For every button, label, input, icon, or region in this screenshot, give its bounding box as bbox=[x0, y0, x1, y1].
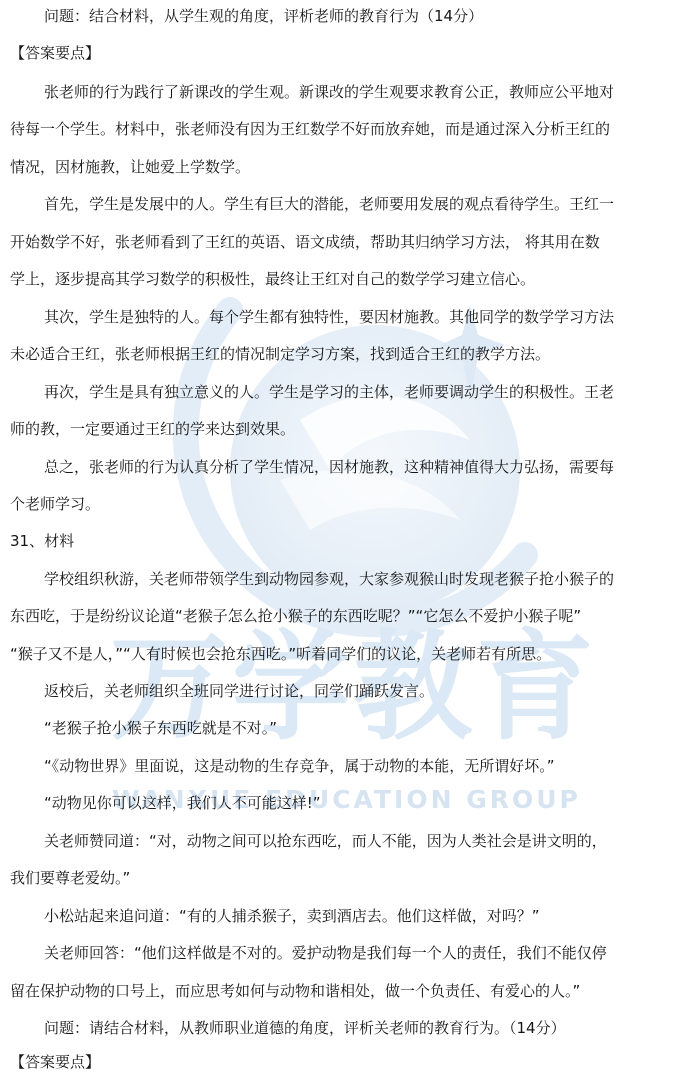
paragraph-line: 学上，逐步提高其学习数学的积极性，最终让王红对自己的数学学习建立信心。 bbox=[10, 269, 535, 289]
paragraph-line: 关老师赞同道：“对，动物之间可以抢东西吃，而人不能，因为人类社会是讲文明的， bbox=[44, 831, 607, 851]
paragraph-line: 师的教，一定要通过王红的学来达到效果。 bbox=[10, 419, 295, 439]
paragraph-line: 未必适合王红，张老师根据王红的情况制定学习方案，找到适合王红的教学方法。 bbox=[10, 344, 550, 364]
paragraph-line: 留在保护动物的口号上，而应思考如何与动物和谐相处，做一个负责任、有爱心的人。” bbox=[10, 981, 580, 1001]
paragraph-line: 情况，因材施教，让她爱上学数学。 bbox=[10, 157, 250, 177]
quote-line: “老猴子抢小猴子东西吃就是不对。” bbox=[44, 718, 277, 738]
paragraph-line: 个老师学习。 bbox=[10, 494, 100, 514]
paragraph-line: 我们要尊老爱幼。” bbox=[10, 868, 130, 888]
answer-heading: 【答案要点】 bbox=[10, 43, 100, 63]
paragraph-line: 总之，张老师的行为认真分析了学生情况，因材施教，这种精神值得大力弘扬，需要每 bbox=[44, 457, 614, 477]
quote-line: “动物见你可以这样，我们人不可能这样!” bbox=[44, 793, 321, 813]
paragraph-line: 小松站起来追问道：“有的人捕杀猴子，卖到酒店去。他们这样做，对吗？” bbox=[44, 906, 540, 926]
paragraph-line: 待每一个学生。材料中，张老师没有因为王红数学不好而放弃她，而是通过深入分析王红的 bbox=[10, 119, 610, 139]
question-31-heading: 31、材料 bbox=[10, 531, 74, 551]
paragraph-line: 其次，学生是独特的人。每个学生都有独特性，要因材施教。其他同学的数学学习方法 bbox=[44, 307, 614, 327]
question-30: 问题：结合材料，从学生观的角度，评析老师的教育行为（14分） bbox=[44, 6, 483, 26]
question-31: 问题：请结合材料，从教师职业道德的角度，评析关老师的教育行为。（14分） bbox=[44, 1018, 566, 1038]
paragraph-line: 首先，学生是发展中的人。学生有巨大的潜能，老师要用发展的观点看待学生。王红一 bbox=[44, 194, 614, 214]
paragraph-line: 返校后，关老师组织全班同学进行讨论，同学们踊跃发言。 bbox=[44, 681, 434, 701]
paragraph-line: 再次，学生是具有独立意义的人。学生是学习的主体，老师要调动学生的积极性。王老 bbox=[44, 382, 614, 402]
answer-heading-2: 【答案要点】 bbox=[10, 1052, 100, 1072]
paragraph-line: 学校组织秋游，关老师带领学生到动物园参观，大家参观猴山时发现老猴子抢小猴子的 bbox=[44, 569, 614, 589]
paragraph-line: “猴子又不是人，”“人有时候也会抢东西吃。”听着同学们的议论，关老师若有所思。 bbox=[10, 644, 551, 664]
quote-line: “《动物世界》里面说，这是动物的生存竞争，属于动物的本能，无所谓好坏。” bbox=[44, 756, 555, 776]
paragraph-line: 东西吃，于是纷纷议论道“老猴子怎么抢小猴子的东西吃呢？”“它怎么不爱护小猴子呢” bbox=[10, 606, 581, 626]
paragraph-line: 开始数学不好，张老师看到了王红的英语、语文成绩，帮助其归纳学习方法， 将其用在数 bbox=[10, 232, 600, 252]
paragraph-line: 关老师回答：“他们这样做是不对的。爱护动物是我们每一个人的责任，我们不能仅停 bbox=[44, 943, 607, 963]
paragraph-line: 张老师的行为践行了新课改的学生观。新课改的学生观要求教育公正，教师应公平地对 bbox=[44, 82, 614, 102]
